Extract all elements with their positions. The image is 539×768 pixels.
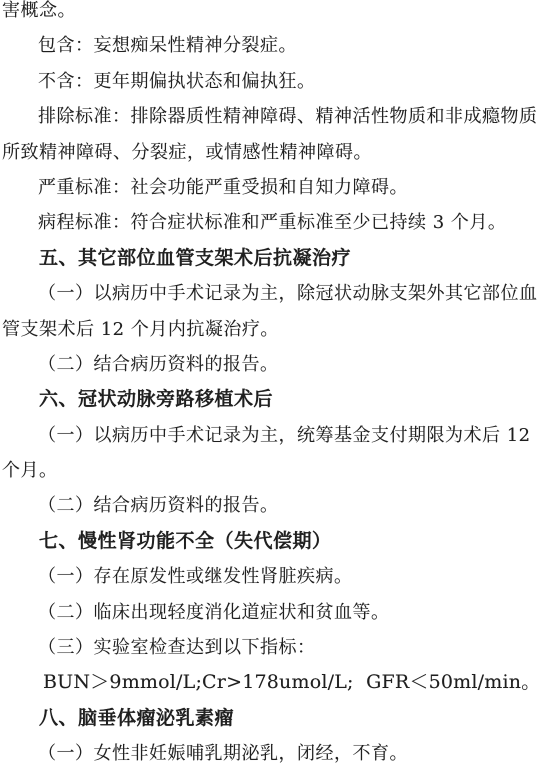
body-line: 管支架术后 12 个月内抗凝治疗。 <box>0 312 539 347</box>
body-line: 病程标准：符合症状标准和严重标准至少已持续 3 个月。 <box>0 205 539 240</box>
body-line: （二）结合病历资料的报告。 <box>0 347 539 382</box>
body-line: 所致精神障碍、分裂症，或情感性精神障碍。 <box>0 135 539 170</box>
body-line: 排除标准：排除器质性精神障碍、精神活性物质和非成瘾物质 <box>0 99 539 134</box>
body-line: （一）存在原发性或继发性肾脏疾病。 <box>0 559 539 594</box>
body-line: （一）女性非妊娠哺乳期泌乳，闭经，不育。 <box>0 736 539 768</box>
section-heading-6: 六、冠状动脉旁路移植术后 <box>0 382 539 417</box>
body-line: 不含：更年期偏执状态和偏执狂。 <box>0 64 539 99</box>
body-line: （三）实验室检查达到以下指标： <box>0 630 539 665</box>
scanned-document-page: 害概念。 包含：妄想痴呆性精神分裂症。 不含：更年期偏执状态和偏执狂。 排除标准… <box>0 0 539 768</box>
body-line: 包含：妄想痴呆性精神分裂症。 <box>0 28 539 63</box>
body-line: （二）临床出现轻度消化道症状和贫血等。 <box>0 595 539 630</box>
section-heading-7: 七、慢性肾功能不全（失代偿期） <box>0 524 539 559</box>
line-continuation: 害概念。 <box>0 0 539 28</box>
body-line: 个月。 <box>0 453 539 488</box>
body-line: （二）结合病历资料的报告。 <box>0 488 539 523</box>
section-heading-5: 五、其它部位血管支架术后抗凝治疗 <box>0 241 539 276</box>
lab-values-line: BUN＞9mmol/L;Cr>178umol/L; GFR＜50ml/min。 <box>0 665 539 700</box>
body-line: （一）以病历中手术记录为主，除冠状动脉支架外其它部位血 <box>0 276 539 311</box>
body-line: 严重标准：社会功能严重受损和自知力障碍。 <box>0 170 539 205</box>
section-heading-8: 八、脑垂体瘤泌乳素瘤 <box>0 701 539 736</box>
body-line: （一）以病历中手术记录为主，统筹基金支付期限为术后 12 <box>0 418 539 453</box>
